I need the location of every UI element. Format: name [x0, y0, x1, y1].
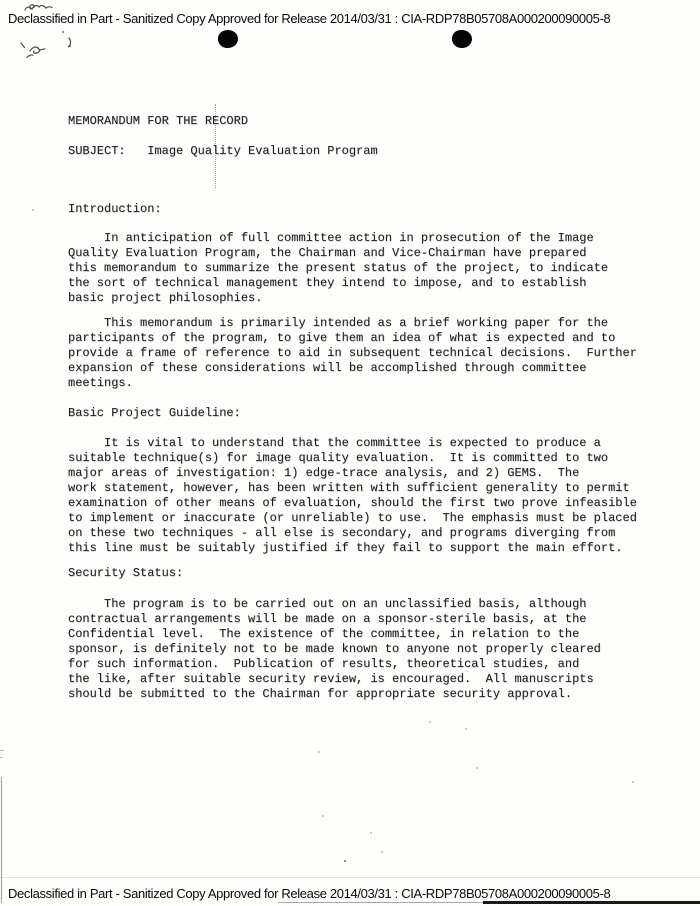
- scan-edge-mark: [0, 750, 4, 751]
- memo-title: MEMORANDUM FOR THE RECORD: [68, 114, 248, 129]
- bottom-edge-line-dark: [483, 901, 700, 904]
- memo-subject-line: SUBJECT: Image Quality Evaluation Progra…: [68, 144, 378, 159]
- scan-speck: [429, 721, 431, 723]
- section-heading-introduction: Introduction:: [68, 202, 162, 217]
- section-heading-security-status: Security Status:: [68, 566, 183, 581]
- scan-speck: [370, 832, 372, 834]
- section-heading-basic-project-guideline: Basic Project Guideline:: [68, 406, 241, 421]
- hole-punch-icon: [217, 29, 238, 48]
- scan-speck: [381, 851, 383, 853]
- declassification-footer-stamp: Declassified in Part - Sanitized Copy Ap…: [8, 886, 610, 901]
- introduction-paragraph-1: In anticipation of full committee action…: [68, 231, 608, 306]
- introduction-paragraph-2: This memorandum is primarily intended as…: [68, 316, 637, 391]
- hole-punch-icon: [452, 29, 473, 48]
- scan-edge-mark: [0, 757, 3, 758]
- bottom-edge-line-light: [278, 902, 484, 903]
- footer-divider-line: [0, 877, 700, 878]
- scan-speck: [318, 751, 320, 753]
- declassification-header-stamp: Declassified in Part - Sanitized Copy Ap…: [8, 11, 610, 26]
- security-status-paragraph: The program is to be carried out on an u…: [68, 597, 601, 702]
- scan-speck: [465, 728, 467, 730]
- scan-speck: [322, 815, 324, 817]
- scan-speck: [632, 781, 634, 783]
- scan-edge-line: [1, 777, 2, 903]
- scan-speck: [32, 209, 34, 211]
- scan-speck: [344, 860, 346, 862]
- scan-speck: [476, 767, 478, 769]
- scanned-memo-page: Declassified in Part - Sanitized Copy Ap…: [0, 0, 700, 906]
- handwritten-scribble-icon: [18, 1, 88, 63]
- basic-project-guideline-paragraph: It is vital to understand that the commi…: [68, 436, 637, 556]
